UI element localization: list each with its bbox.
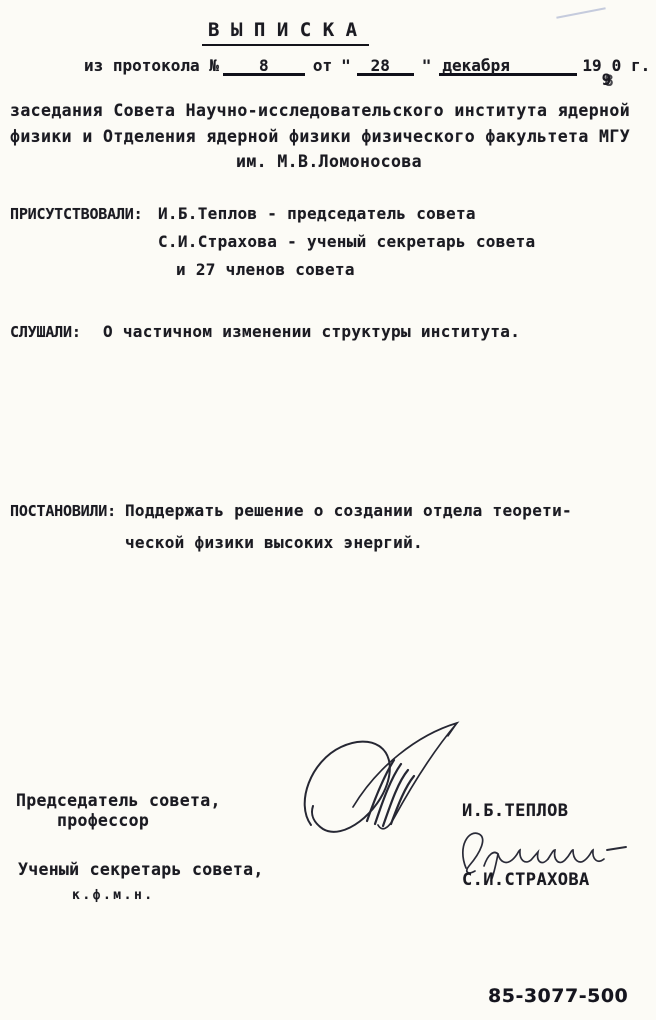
resolved-label: ПОСТАНОВИЛИ: [10,502,116,520]
teplov-handwritten-signature [297,703,472,843]
secretary-name: С.И.СТРАХОВА [462,870,590,890]
session-description: заседания Совета Научно-исследовательско… [10,98,648,175]
session-description-line3: им. М.В.Ломоносова [10,149,648,175]
document-page: ВЫПИСКА из протокола № 8 от " 28 " декаб… [0,0,656,1020]
protocol-line: из протокола № 8 от " 28 " декабря 19890… [84,56,650,76]
pencil-mark [556,7,605,19]
protocol-from-word: от [313,56,332,76]
print-code: 85-3077-500 [488,985,628,1007]
secretary-role-line1: Ученый секретарь совета, [18,860,264,879]
open-quote: " [341,56,351,76]
protocol-prefix: из протокола № [84,56,219,76]
year-rest: 0 г. [612,56,651,75]
close-quote: " [422,56,432,76]
year-first-digits: 19 [582,56,601,75]
document-title: ВЫПИСКА [202,19,369,46]
heard-text: О частичном изменении структуры институт… [103,322,520,341]
session-description-line2: физики и Отделения ядерной физики физиче… [10,124,648,150]
secretary-degree: к.ф.м.н. [72,888,155,903]
chairman-name: И.Б.ТЕПЛОВ [462,801,568,821]
attendee-row-2: С.И.Страхова - ученый секретарь совета [158,232,535,251]
protocol-month-blank: декабря [439,56,577,76]
heard-label: СЛУШАЛИ: [10,323,81,341]
year-top-digit: 9 [602,70,612,90]
attendee-row-3: и 27 членов совета [176,260,355,279]
resolved-line-1: Поддержать решение о создании отдела тео… [125,501,572,520]
protocol-month: декабря [442,56,509,75]
resolved-line-2: ческой физики высоких энергий. [125,533,423,552]
chairman-role-line2: профессор [57,811,149,830]
attendees-label: ПРИСУТСТВОВАЛИ: [10,205,142,223]
session-description-line1: заседания Совета Научно-исследовательско… [10,98,648,124]
protocol-number: 8 [259,56,269,75]
protocol-year: 19890 г. [582,56,650,76]
protocol-day: 28 [371,56,390,75]
chairman-role-line1: Председатель совета, [16,791,221,810]
protocol-day-blank: 28 [357,56,414,76]
protocol-number-blank: 8 [223,56,305,76]
attendee-row-1: И.Б.Теплов - председатель совета [158,204,476,223]
